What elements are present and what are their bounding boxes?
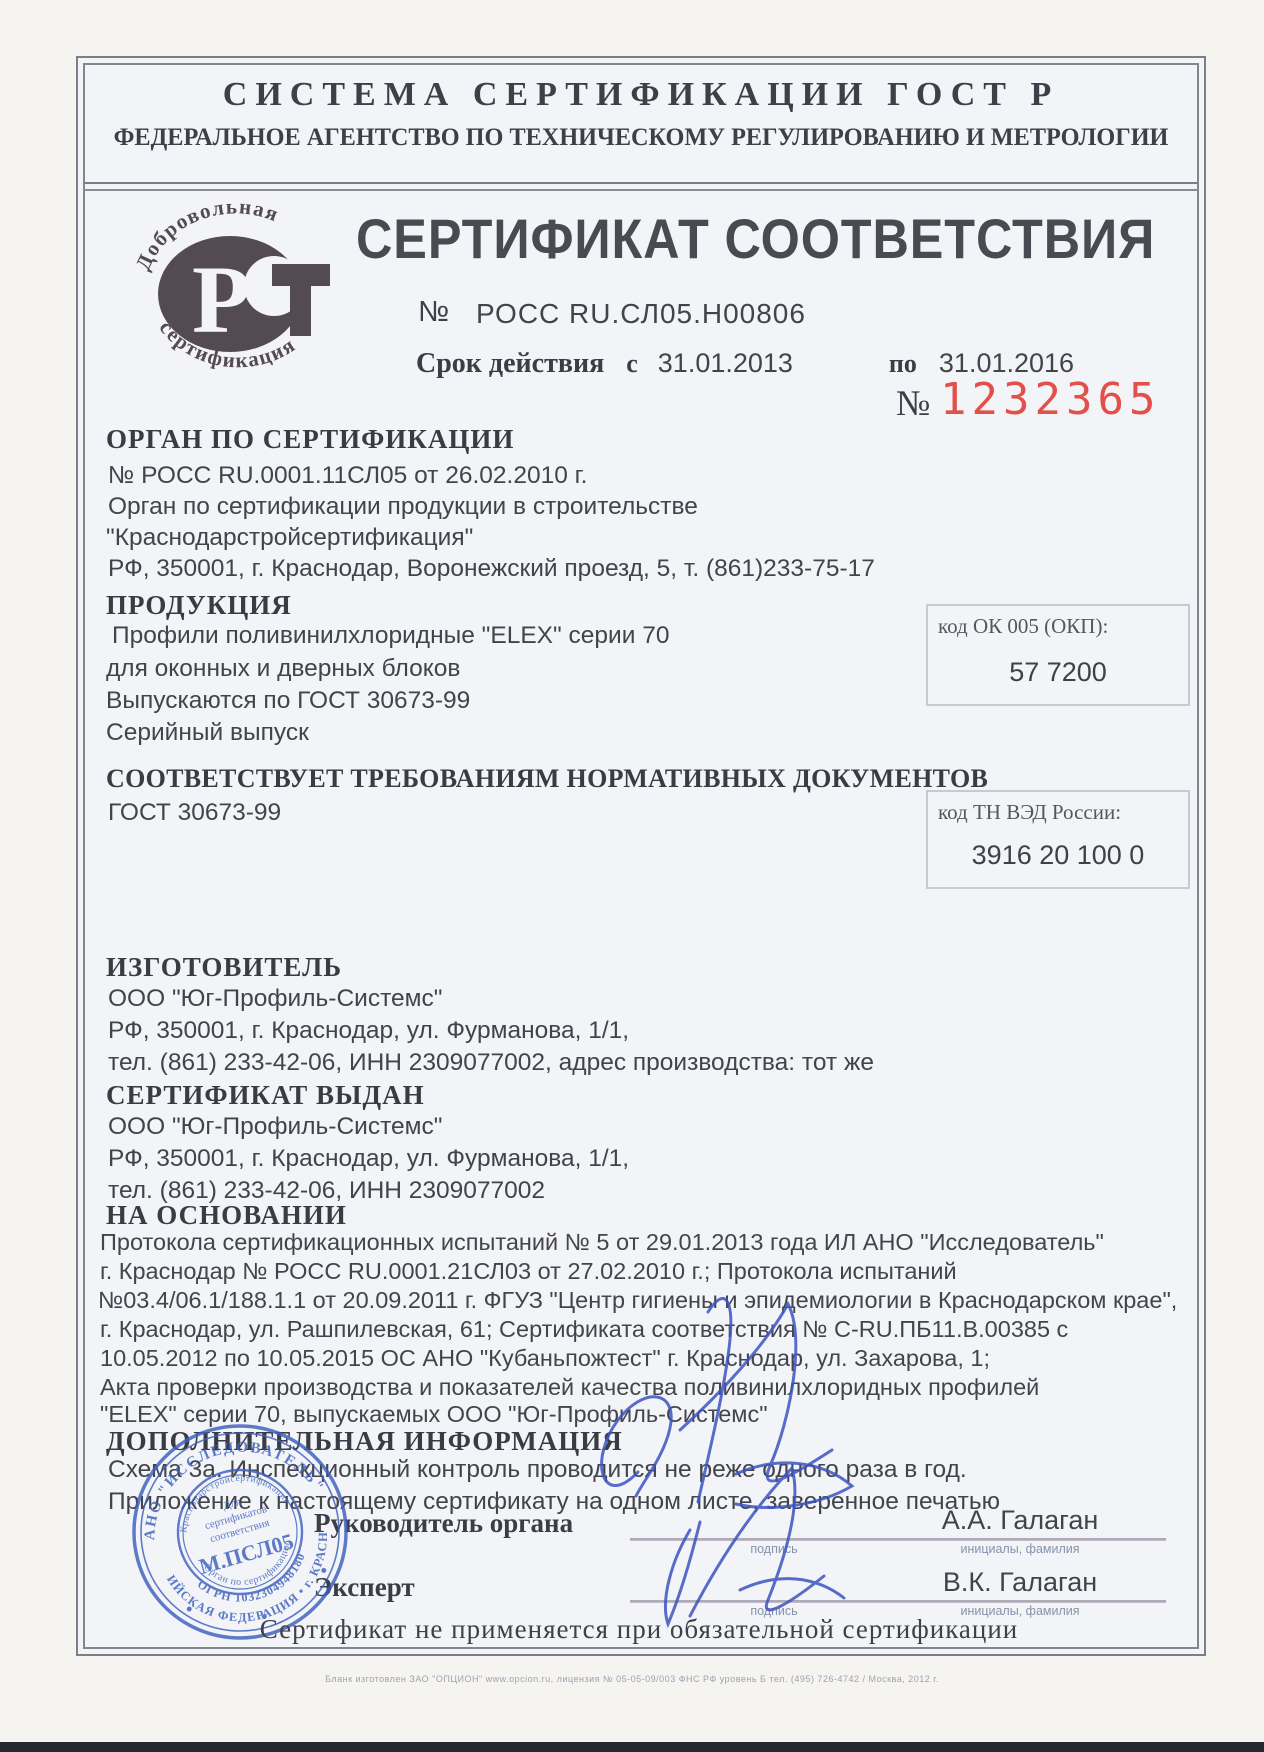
organ-line: № РОСС RU.0001.11СЛ05 от 26.02.2010 г. (108, 462, 587, 490)
logo-letter-r: Р (192, 246, 251, 353)
cert-number-label: № (418, 296, 449, 329)
organ-line: "Краснодарстройсертификация" (106, 524, 473, 552)
validity-label: Срок действия (416, 348, 604, 379)
tnved-code-box: код ТН ВЭД России: 3916 20 100 0 (926, 790, 1190, 889)
product-line: Профили поливинилхлоридные "ELEX" серии … (112, 622, 669, 650)
issued-line: ООО "Юг-Профиль-Системс" (108, 1113, 442, 1141)
section-issued-heading: СЕРТИФИКАТ ВЫДАН (106, 1080, 425, 1111)
manufacturer-line: ООО "Юг-Профиль-Системс" (108, 985, 442, 1013)
organ-line: Орган по сертификации продукции в строит… (108, 493, 698, 521)
organ-line: РФ, 350001, г. Краснодар, Воронежский пр… (108, 555, 875, 583)
agency-title: ФЕДЕРАЛЬНОЕ АГЕНТСТВО ПО ТЕХНИЧЕСКОМУ РЕ… (95, 124, 1187, 152)
product-line: для оконных и дверных блоков (106, 655, 460, 683)
basis-line: Протокола сертификационных испытаний № 5… (100, 1229, 1104, 1256)
validity-from-label: с (626, 349, 638, 378)
section-basis-heading: НА ОСНОВАНИИ (106, 1200, 347, 1231)
okp-code-label: код ОК 005 (ОКП): (938, 614, 1108, 639)
okp-code-box: код ОК 005 (ОКП): 57 7200 (926, 604, 1190, 706)
certificate-title: СЕРТИФИКАТ СООТВЕТСТВИЯ (356, 206, 1155, 271)
scanned-certificate-page: { "page": { "serial_color": "#e25049", "… (0, 0, 1264, 1752)
bottom-note: Сертификат не применяется при обязательн… (76, 1614, 1202, 1645)
issued-line: РФ, 350001, г. Краснодар, ул. Фурманова,… (108, 1145, 629, 1173)
rst-logo: Р Добровольная сертификация (122, 190, 354, 386)
tnved-code-value: 3916 20 100 0 (928, 840, 1188, 871)
section-manufacturer-heading: ИЗГОТОВИТЕЛЬ (106, 952, 342, 983)
scan-edge-band (0, 1742, 1264, 1752)
validity-from-date: 31.01.2013 (658, 348, 793, 378)
system-title: СИСТЕМА СЕРТИФИКАЦИИ ГОСТ Р (78, 76, 1204, 114)
section-product-heading: ПРОДУКЦИЯ (106, 590, 292, 621)
section-conformity-heading: СООТВЕТСТВУЕТ ТРЕБОВАНИЯМ НОРМАТИВНЫХ ДО… (106, 764, 988, 794)
conformity-line: ГОСТ 30673-99 (108, 799, 281, 827)
manufacturer-line: тел. (861) 233-42-06, ИНН 2309077002, ад… (108, 1049, 874, 1077)
handwritten-signatures (540, 1260, 1010, 1640)
validity-to-label: по (889, 349, 917, 378)
product-line: Выпускаются по ГОСТ 30673-99 (106, 687, 470, 715)
tnved-code-label: код ТН ВЭД России: (938, 800, 1121, 825)
blank-fine-print: Бланк изготовлен ЗАО "ОПЦИОН" www.opcion… (0, 1674, 1264, 1684)
serial-number: 1232365 (940, 374, 1160, 425)
cert-number-value: РОСС RU.СЛ05.Н00806 (476, 298, 806, 330)
product-line: Серийный выпуск (106, 719, 309, 747)
section-organ-heading: ОРГАН ПО СЕРТИФИКАЦИИ (106, 424, 514, 455)
manufacturer-line: РФ, 350001, г. Краснодар, ул. Фурманова,… (108, 1017, 629, 1045)
okp-code-value: 57 7200 (928, 657, 1188, 688)
serial-number-label: № (896, 382, 930, 424)
